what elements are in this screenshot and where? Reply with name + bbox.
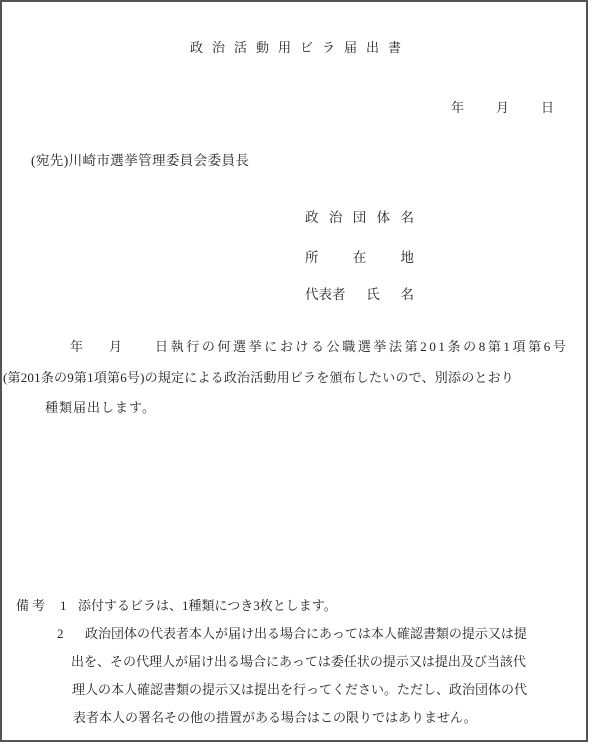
address-char: 地 [401, 249, 415, 266]
body-paragraph-line-2: (第201条の9第1項第6号)の規定による政治活動用ビラを頒布したいので、別添の… [3, 369, 514, 386]
representative-label: 代表者 氏 名 [305, 286, 414, 303]
document-title: 政治活動用ビラ届出書 [190, 40, 410, 56]
org-name-char: 政 [305, 209, 319, 226]
day-label: 日 [541, 99, 554, 116]
body-line1-text: 日執行の何選挙における公職選挙法第201条の8第1項第6号 [155, 338, 568, 355]
org-name-char: 治 [329, 209, 343, 226]
representative-segment: 代表者 [305, 286, 346, 303]
note-item-2-line-1: 政治団体の代表者本人が届け出る場合にあっては本人確認書類の提示又は提 [85, 625, 527, 642]
document-page: 政治活動用ビラ届出書 年 月 日 (宛先)川崎市選挙管理委員会委員長 政 治 団… [0, 0, 592, 749]
representative-segment: 氏 [366, 286, 380, 303]
note-item-2-line-4: 表者本人の署名その他の措置がある場合はこの限りではありません。 [73, 709, 477, 726]
year-label: 年 [451, 99, 464, 116]
note-item-2-number: 2 [57, 625, 64, 642]
date-line: 年 月 日 [451, 99, 554, 116]
address-char: 所 [305, 249, 319, 266]
address-label: 所 在 地 [305, 249, 414, 266]
addressee-line: (宛先)川崎市選挙管理委員会委員長 [31, 152, 249, 169]
body-paragraph-line-1: 年 月 日執行の何選挙における公職選挙法第201条の8第1項第6号 [70, 338, 568, 355]
org-name-char: 名 [401, 209, 415, 226]
note-item-2-line-3: 理人の本人確認書類の提示又は提出を行ってください。ただし、政治団体の代 [72, 681, 527, 698]
month-label: 月 [496, 99, 509, 116]
note-item-2-line-2: 出を、その代理人が届け出る場合にあっては委任状の提示又は提出及び当該代 [71, 653, 526, 670]
org-name-char: 体 [377, 209, 391, 226]
representative-segment: 名 [401, 286, 415, 303]
notes-heading: 備考 [16, 597, 48, 614]
body-month-label: 月 [109, 338, 122, 355]
org-name-char: 団 [353, 209, 367, 226]
body-year-label: 年 [70, 338, 83, 355]
note-item-1-text: 添付するビラは、1種類につき3枚とします。 [78, 597, 337, 614]
org-name-label: 政 治 団 体 名 [305, 209, 414, 226]
note-item-1-number: 1 [60, 597, 67, 614]
body-paragraph-line-3: 種類届出します。 [45, 399, 156, 416]
address-char: 在 [353, 249, 367, 266]
